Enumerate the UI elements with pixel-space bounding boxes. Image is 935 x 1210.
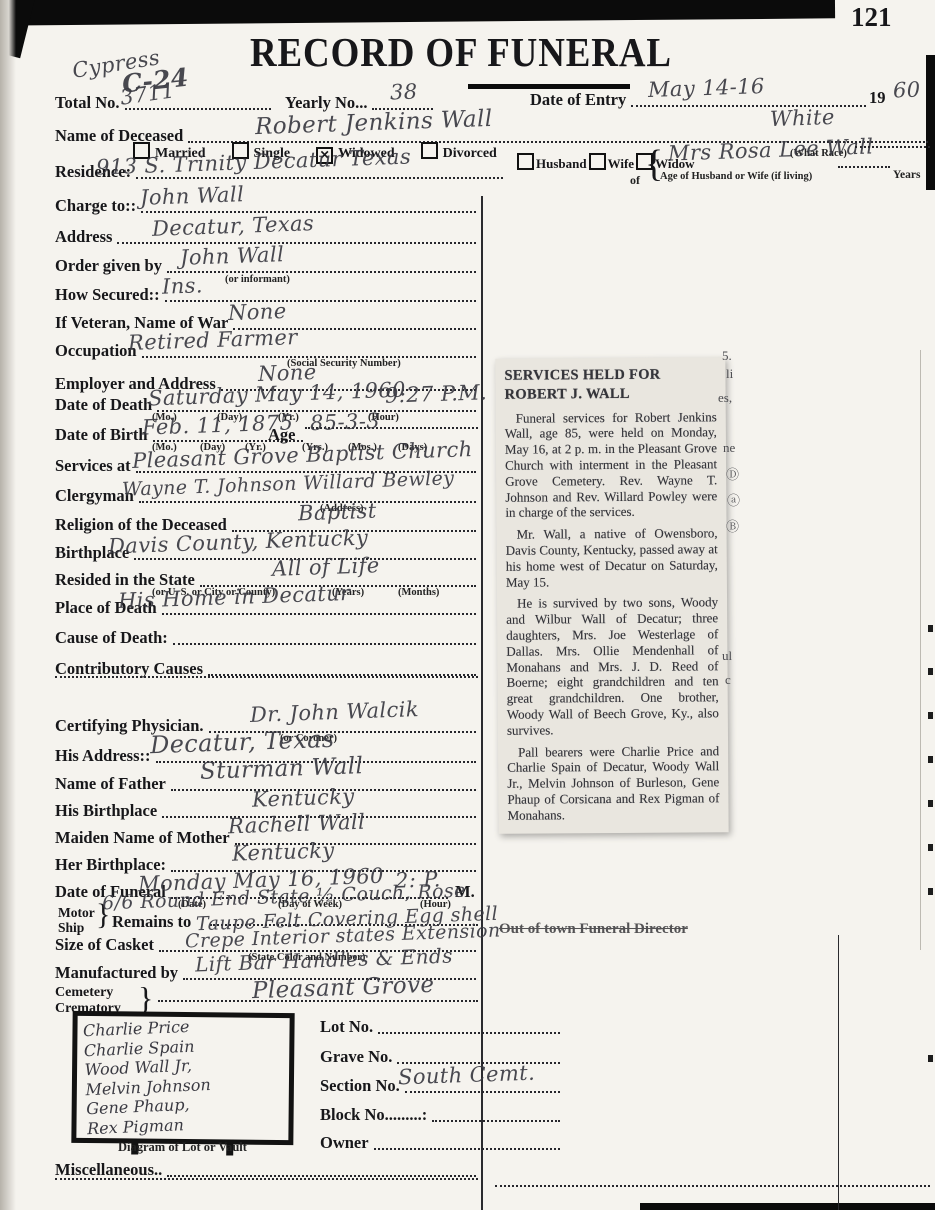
year-prefix: 19: [869, 88, 886, 108]
hw-her-birthplace: Kentucky: [232, 838, 335, 866]
date-of-entry-label: Date of Entry: [530, 90, 626, 110]
husband-label: Husband: [536, 156, 587, 171]
how-secured-label: How Secured::: [55, 285, 160, 305]
contributory-dots-2: [55, 676, 478, 678]
scan-tick: [928, 888, 933, 895]
occupation-label: Occupation: [55, 341, 137, 361]
hw-death-hour: 9:27 P.M.: [385, 380, 488, 408]
clipping-headline-2: ROBERT J. WALL: [505, 384, 717, 404]
diagram-box: Charlie Price Charlie Spain Wood Wall Jr…: [71, 1011, 294, 1145]
edge-fragment: ne: [723, 440, 735, 456]
hw-entry-year: 60: [893, 78, 921, 103]
hw-resided: All of Life: [272, 553, 380, 581]
field-owner: Owner: [320, 1133, 562, 1153]
scan-tick: [928, 800, 933, 807]
edge-fragment: es,: [718, 390, 732, 406]
pallbearer-names: Charlie Price Charlie Spain Wood Wall Jr…: [83, 1016, 213, 1138]
page-number: 121: [851, 2, 892, 33]
hw-order-given-by: John Wall: [180, 242, 285, 270]
divorced-label: Divorced: [443, 146, 497, 161]
casket-label: Size of Casket: [55, 935, 154, 955]
edge-fragment: ul: [722, 648, 732, 664]
cemetery-label: Cemetery: [55, 985, 113, 1001]
owner-dots: [374, 1134, 560, 1150]
clipping-paragraph-1: Funeral services for Robert Jenkins Wall…: [505, 409, 718, 521]
bottom-dots-left: [55, 1178, 478, 1180]
clipping-paragraph-3: He is survived by two sons, Woody and Wi…: [506, 595, 719, 739]
manufactured-label: Manufactured by: [55, 963, 178, 983]
newspaper-clipping: SERVICES HELD FOR ROBERT J. WALL Funeral…: [495, 357, 728, 833]
scan-tick: [928, 844, 933, 851]
out-of-town-text: Out of town Funeral Director: [499, 921, 731, 937]
total-no-label: Total No.: [55, 93, 120, 113]
title-underline: [468, 84, 630, 89]
clipping-headline-1: SERVICES HELD FOR: [504, 365, 716, 385]
scan-top-bar: [0, 0, 835, 26]
block-no-label: Block No.........:: [320, 1105, 427, 1125]
ship-label: Ship: [58, 920, 84, 936]
checkbox-wife: [589, 153, 606, 170]
scan-tick: [928, 712, 933, 719]
bottom-dots-right: [495, 1185, 930, 1187]
hw-race: White: [770, 105, 836, 131]
hw-charge-to: John Wall: [140, 182, 245, 210]
edge-fragment: c: [725, 672, 731, 688]
hw-veteran-war: None: [228, 299, 287, 325]
miscellaneous-dots: [167, 1161, 476, 1177]
owner-label: Owner: [320, 1133, 369, 1153]
scan-right-strip: [926, 55, 935, 190]
spouse-years-note: Years: [893, 169, 920, 181]
scan-tick: [928, 625, 933, 632]
cause-of-death-label: Cause of Death:: [55, 628, 168, 648]
scan-tick: [928, 668, 933, 675]
hw-section-no: South Cemt.: [398, 1061, 536, 1090]
underpage-edge: [920, 350, 921, 950]
remains-to-label: Remains to: [112, 912, 191, 932]
date-of-death-label: Date of Death: [55, 395, 152, 415]
hw-his-birthplace: Kentucky: [252, 784, 355, 812]
how-secured-dots: [165, 286, 476, 302]
edge-fragment: Ⓑ: [726, 516, 739, 535]
cause-of-death-dots: [173, 629, 476, 645]
diagram-caption: Diagram of Lot or Vault: [118, 1140, 247, 1155]
checkbox-husband: [517, 153, 534, 170]
clipping-paragraph-4: Pall bearers were Charlie Price and Char…: [507, 743, 720, 823]
spouse-dots: [855, 146, 930, 148]
contributory-dots: [208, 660, 476, 676]
form-title: RECORD OF FUNERAL: [250, 28, 672, 76]
scan-bottom-bar: [640, 1203, 935, 1210]
address-label: Address: [55, 227, 112, 247]
spouse-age-dots: [838, 166, 890, 168]
wife-label: Wife: [608, 156, 634, 171]
hw-yearly-no: 38: [390, 80, 418, 105]
spouse-age-note: Age of Husband or Wife (if living): [660, 171, 812, 182]
clipping-paragraph-2: Mr. Wall, a native of Owensboro, Davis C…: [506, 526, 718, 591]
spouse-of-note: of: [630, 173, 640, 188]
edge-fragment: Ⓓ: [726, 464, 739, 483]
lot-no-dots: [378, 1018, 560, 1034]
funeral-record-page: 121 RECORD OF FUNERAL Cypress C-24 Total…: [0, 0, 935, 1210]
edge-fragment: li: [726, 366, 733, 382]
order-informant-note: (or informant): [225, 274, 290, 285]
miscellaneous-label: Miscellaneous..: [55, 1160, 162, 1180]
services-at-label: Services at: [55, 456, 131, 476]
scan-tick: [928, 1055, 933, 1062]
lot-no-label: Lot No.: [320, 1017, 373, 1037]
order-given-by-label: Order given by: [55, 256, 162, 276]
motor-label: Motor: [58, 905, 95, 921]
mother-label: Maiden Name of Mother: [55, 828, 230, 848]
hw-mother: Rachell Wall: [228, 810, 366, 839]
field-block-no: Block No.........:: [320, 1105, 562, 1125]
his-address-label: His Address::: [55, 746, 151, 766]
resided-note-months: (Months): [398, 587, 439, 598]
column-rule-right: [838, 935, 839, 1210]
charge-to-label: Charge to::: [55, 196, 136, 216]
his-birthplace-label: His Birthplace: [55, 801, 157, 821]
field-cause-of-death: Cause of Death:: [55, 628, 478, 648]
edge-fragment: 5.: [722, 348, 732, 364]
checkbox-divorced: [421, 142, 438, 159]
scan-tick: [928, 756, 933, 763]
hw-religion: Baptist: [298, 499, 377, 526]
hw-age: 85-3-3: [310, 409, 381, 435]
field-miscellaneous: Miscellaneous..: [55, 1160, 478, 1180]
hw-how-secured: Ins.: [162, 273, 204, 298]
block-no-dots: [432, 1106, 560, 1122]
section-no-label: Section No.: [320, 1076, 400, 1096]
hw-date-of-entry: May 14-16: [648, 74, 765, 102]
date-of-birth-label: Date of Birth: [55, 425, 148, 445]
scan-left-edge: [0, 0, 16, 1210]
field-lot-no: Lot No.: [320, 1017, 562, 1037]
grave-no-label: Grave No.: [320, 1047, 392, 1067]
father-label: Name of Father: [55, 774, 166, 794]
edge-fragment: ⓐ: [727, 490, 740, 509]
